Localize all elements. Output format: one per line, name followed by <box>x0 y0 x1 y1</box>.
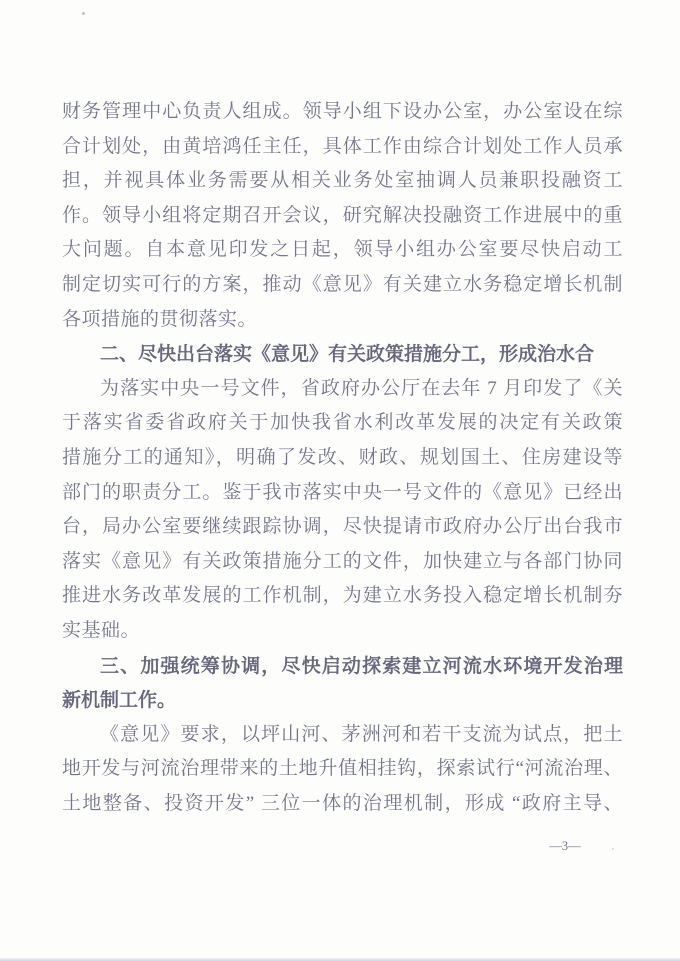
scan-artifact-speck <box>82 12 85 15</box>
scan-artifact-speck <box>612 848 614 850</box>
text-line: 各项措施的贯彻落实。 <box>62 303 623 338</box>
text-line: 为落实中央一号文件，省政府办公厅在去年 7 月印发了《关 <box>62 372 623 407</box>
text-line: 《意见》要求，以坪山河、茅洲河和若干支流为试点，把土 <box>62 718 623 753</box>
text-line: 合计划处，由黄培鸿任主任，具体工作由综合计划处工作人员承 <box>62 130 623 165</box>
text-line: 作。领导小组将定期召开会议，研究解决投融资工作进展中的重 <box>62 199 623 234</box>
text-line: 落实《意见》有关政策措施分工的文件，加快建立与各部门协同 <box>62 545 623 580</box>
text-line: 部门的职责分工。鉴于我市落实中央一号文件的《意见》已经出 <box>62 476 623 511</box>
text-line: 财务管理中心负责人组成。领导小组下设办公室，办公室设在综 <box>62 95 623 130</box>
heading-line: 新机制工作。 <box>62 683 623 718</box>
document-lines: 财务管理中心负责人组成。领导小组下设办公室，办公室设在综合计划处，由黄培鸿任主任… <box>62 95 623 821</box>
heading-line: 三、加强统筹协调，尽快启动探索建立河流水环境开发治理 <box>62 649 623 684</box>
text-line: 制定切实可行的方案，推动《意见》有关建立水务稳定增长机制 <box>62 268 623 303</box>
scanned-document-page: 财务管理中心负责人组成。领导小组下设办公室，办公室设在综合计划处，由黄培鸿任主任… <box>0 0 680 961</box>
text-line: 大问题。自本意见印发之日起，领导小组办公室要尽快启动工作， <box>62 233 623 268</box>
heading-line: 二、尽快出台落实《意见》有关政策措施分工，形成治水合力。 <box>62 337 623 372</box>
text-line: 担，并视具体业务需要从相关业务处室抽调人员兼职投融资工 <box>62 164 623 199</box>
text-line: 台，局办公室要继续跟踪协调，尽快提请市政府办公厅出台我市 <box>62 510 623 545</box>
text-line: 土地整备、投资开发” 三位一体的治理机制，形成 “政府主导、 <box>62 787 623 822</box>
text-line: 于落实省委省政府关于加快我省水利改革发展的决定有关政策 <box>62 406 623 441</box>
text-line: 实基础。 <box>62 614 623 649</box>
text-line: 地开发与河流治理带来的土地升值相挂钩，探索试行“河流治理、 <box>62 752 623 787</box>
page-number: —3— <box>540 836 590 856</box>
text-line: 措施分工的通知》，明确了发改、财政、规划国土、住房建设等 <box>62 441 623 476</box>
text-line: 推进水务改革发展的工作机制，为建立水务投入稳定增长机制夯 <box>62 579 623 614</box>
